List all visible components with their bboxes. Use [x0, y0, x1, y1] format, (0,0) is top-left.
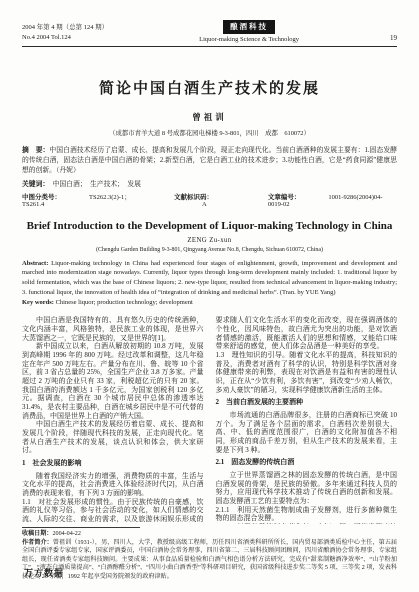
- author-bio-text: 曾祖训（1931-），男，四川人，大学，教授级高级工程师，历任四川省酒类科研所所…: [22, 540, 397, 580]
- abstract-text-cn: 中国白酒技术经历了启蒙、成长、提高和发展几个阶段，现正走向现代化。当前白酒酒种的…: [22, 147, 397, 174]
- keywords-cn: 关键词： 中国白酒； 生产技术； 发展: [22, 178, 397, 188]
- paragraph-1-3: 1.3 理性知识的引导。随着文化水平的提高，科技知识的普及，消费者对酒有了科学的…: [216, 351, 398, 394]
- article-body: 中国白酒是我国特有的、具有悠久历史的传统酒种，文化内涵丰富，风格独特，是民族工业…: [22, 316, 397, 524]
- article-title-en: Brief Introduction to the Development of…: [22, 220, 397, 232]
- wanfang-watermark: 万方数据: [24, 566, 64, 579]
- keywords-label-cn: 关键词：: [22, 181, 46, 188]
- journal-masthead: 酿酒科技 Liquor-making Science & Technology: [108, 16, 390, 43]
- received-date: 2004-04-22: [52, 531, 80, 537]
- journal-page: 2004 年第 4 期（总第 124 期） No.4 2004 Tol.124 …: [0, 0, 419, 592]
- paragraph: 中国白酒生产技术的发展经历着启蒙、成长、提高和发展几个阶段，伴随现代科技的发展，…: [22, 420, 204, 455]
- keywords-text-cn: 中国白酒； 生产技术； 发展: [53, 181, 141, 188]
- section-heading-2-1: 2.1 固态发酵的传统白酒: [216, 458, 398, 467]
- paragraph-1-1: 1.1 对社会发展形成的惯性。由于民族传统的自豪感，饮酒的礼仪等习俗，参与社会活…: [22, 498, 204, 525]
- author-bio: 作者简介：曾祖训（1931-），男，四川人，大学，教授级高级工程师，历任四川省酒…: [22, 539, 397, 582]
- document-code: 文献标识码：A: [174, 192, 242, 208]
- journal-logo: 酿酒科技: [223, 20, 275, 34]
- paragraph: 新中国成立以来，白酒从解放初期的 10.8 万吨，发展到高峰期 1996 年的 …: [22, 342, 204, 420]
- clc-number: 中图分类号：TS262.3(2)-1；TS261.4: [22, 192, 146, 208]
- body-right-column: 要求随人们文化生活水平的变化而改变，现在强调酒体的个性化，因风味特色，故白酒尤为…: [216, 316, 398, 524]
- section-heading-1: 1 社会发展的影响: [22, 459, 204, 468]
- page-number: 19: [390, 34, 397, 43]
- article-id: 文章编号：1001-9286(2004)04-0019-02: [268, 192, 397, 208]
- abstract-en: Abstract: Liquor-making technology in Ch…: [22, 259, 397, 298]
- affiliation-cn: （成都市青羊大道 8 号成都花园电梯楼 9-3-801，四川 成都 610072…: [22, 128, 397, 137]
- paragraph-continuation: 要求随人们文化生活水平的变化而改变，现在强调酒体的个性化，因风味特色，故白酒尤为…: [216, 316, 398, 351]
- abstract-label-en: Abstract:: [22, 260, 48, 267]
- abstract-cn: 摘 要：中国白酒技术经历了启蒙、成长、提高和发展几个阶段，现正走向现代化。当前白…: [22, 146, 397, 176]
- abstract-text-en: Liquor-making technology in China had ex…: [22, 260, 397, 296]
- paragraph: 市场流通的白酒品牌很多，注册的白酒商标已突破 10 万个。为了满足各个层面的需求…: [216, 411, 398, 454]
- received-date-line: 收稿日期：2004-04-22: [22, 530, 397, 539]
- abstract-label-cn: 摘 要：: [22, 147, 49, 154]
- paragraph-2-1-1: 2.1.1 利用天然菌生物制成曲子发酵剂，进行多菌种微生物的固态混合发酵。: [216, 506, 398, 523]
- issue-line-en: No.4 2004 Tol.124: [22, 33, 108, 43]
- paragraph: 随着我国经济实力的增强，消费物质的丰富，生活与文化水平的提高，社会消费进入体验经…: [22, 472, 204, 498]
- page-header: 2004 年第 4 期（总第 124 期） No.4 2004 Tol.124 …: [22, 16, 397, 47]
- paragraph: 中国白酒是我国特有的、具有悠久历史的传统酒种，文化内涵丰富，风格独特，是民族工业…: [22, 316, 204, 342]
- paragraph-2-1-2: 2.1.2 以酸控酸抑制杂菌生长，在缸、泥、石等发酵窖池内，发酵和生香同时进行。: [216, 523, 398, 524]
- affiliation-en: (Chengdu Garden Building 9-3-801, Qingya…: [22, 247, 397, 253]
- author-name-en: ZENG Zu-xun: [22, 237, 397, 244]
- keywords-en: Key words: Chinese liquor; production te…: [22, 298, 397, 308]
- issue-info: 2004 年第 4 期（总第 124 期） No.4 2004 Tol.124: [22, 23, 108, 43]
- keywords-text-en: Chinese liquor; production technology; d…: [54, 299, 193, 306]
- author-name-cn: 曾祖训: [22, 111, 397, 123]
- journal-title-en: Liquor-making Science & Technology: [108, 36, 390, 43]
- article-title-cn: 简论中国白酒生产技术的发展: [22, 77, 397, 98]
- keywords-label-en: Key words:: [22, 299, 54, 306]
- issue-line-cn: 2004 年第 4 期（总第 124 期）: [22, 23, 108, 33]
- footnote: 收稿日期：2004-04-22 作者简介：曾祖训（1931-），男，四川人，大学…: [22, 530, 397, 581]
- footnote-rule: [22, 527, 140, 528]
- body-left-column: 中国白酒是我国特有的、具有悠久历史的传统酒种，文化内涵丰富，风格独特，是民族工业…: [22, 316, 204, 524]
- classification-line: 中图分类号：TS262.3(2)-1；TS261.4 文献标识码：A 文章编号：…: [22, 192, 397, 208]
- paragraph: 立于世界蒸馏酒之林的固态发酵的传统白酒，是中国白酒发展的骨架，是民族的骄傲。多年…: [216, 471, 398, 506]
- section-heading-2: 2 当前白酒发展的主要酒种: [216, 398, 398, 407]
